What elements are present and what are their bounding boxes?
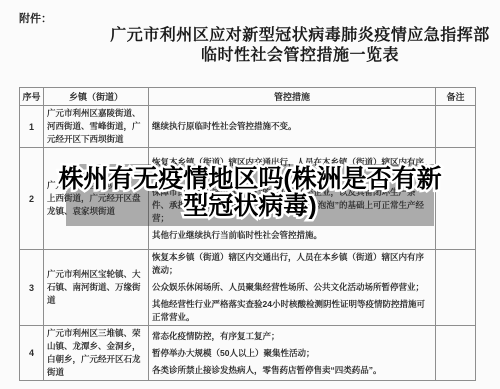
table-header-row: 序号 乡镇（街道） 管控措施 备注	[20, 88, 476, 106]
control-measures-table: 序号 乡镇（街道） 管控措施 备注 1 广元市利州区嘉陵街道、河西街道、雪峰街道…	[19, 87, 476, 381]
table-row: 1 广元市利州区嘉陵街道、河西街道、雪峰街道，广元经开区下西坝街道 继续执行原临…	[20, 106, 476, 148]
title-line-1: 广元市利州区应对新型冠状病毒肺炎疫情应急指挥部	[110, 26, 490, 46]
measure-item: 各类诊所禁止接诊发热病人，零售药店暂停售卖“四类药品”。	[152, 364, 432, 377]
note-cell	[436, 250, 476, 326]
document-page: 附件： 广元市利州区应对新型冠状病毒肺炎疫情应急指挥部 临时性社会管控措施一览表…	[0, 0, 500, 389]
watermark-text: 株州有无疫情地区吗(株洲是否有新 型冠状病毒)	[0, 166, 500, 220]
watermark-line-2: 型冠状病毒)	[0, 193, 500, 220]
attachment-label: 附件：	[19, 10, 52, 26]
measure-item: 继续执行原临时性社会管控措施不变。	[152, 120, 432, 133]
col-header-seq: 序号	[20, 88, 44, 106]
area-cell: 广元市利州区嘉陵街道、河西街道、雪峰街道，广元经开区下西坝街道	[44, 106, 149, 148]
note-cell	[436, 106, 476, 148]
table-row: 3 广元市利州区宝轮镇、大石镇、南河街道、万缘街道 恢复本乡镇（街道）辖区内交通…	[20, 250, 476, 326]
watermark-line-1: 株州有无疫情地区吗(株洲是否有新	[0, 166, 500, 193]
area-cell: 广元市利州区三堆镇、荣山镇、龙潭乡、金洞乡，白朝乡，广元经开区石龙街道	[44, 326, 149, 381]
measure-item: 常态化疫情防控，有序复工复产；	[152, 330, 432, 343]
measure-item: 公众娱乐休闲场所、人员聚集经营性场所、公共文化活动场所暂停营业；	[152, 281, 432, 294]
seq-cell: 4	[20, 326, 44, 381]
note-cell	[436, 326, 476, 381]
measure-item: 其他经营性行业严格落实查验24小时核酸检测阴性证明等疫情防控措施可正常营业。	[152, 298, 432, 324]
title-line-2: 临时性社会管控措施一览表	[110, 46, 490, 66]
measures-cell: 常态化疫情防控，有序复工复产； 暂停举办大规模（50人以上）聚集性活动； 各类诊…	[149, 326, 436, 381]
col-header-measures: 管控措施	[149, 88, 436, 106]
measures-cell: 恢复本乡镇（街道）辖区内交通出行，人员在本乡镇（街道）辖区内有序流动； 公众娱乐…	[149, 250, 436, 326]
seq-cell: 1	[20, 106, 44, 148]
seq-cell: 3	[20, 250, 44, 326]
table-row: 4 广元市利州区三堆镇、荣山镇、龙潭乡、金洞乡，白朝乡，广元经开区石龙街道 常态…	[20, 326, 476, 381]
measure-item: 暂停举办大规模（50人以上）聚集性活动；	[152, 347, 432, 360]
measures-cell: 继续执行原临时性社会管控措施不变。	[149, 106, 436, 148]
col-header-note: 备注	[436, 88, 476, 106]
measure-item: 其他行业继续执行当前临时性社会管控措施。	[152, 229, 432, 242]
measure-item: 恢复本乡镇（街道）辖区内交通出行，人员在本乡镇（街道）辖区内有序流动；	[152, 251, 432, 277]
col-header-area: 乡镇（街道）	[44, 88, 149, 106]
area-cell: 广元市利州区宝轮镇、大石镇、南河街道、万缘街道	[44, 250, 149, 326]
document-title: 广元市利州区应对新型冠状病毒肺炎疫情应急指挥部 临时性社会管控措施一览表	[110, 26, 490, 66]
